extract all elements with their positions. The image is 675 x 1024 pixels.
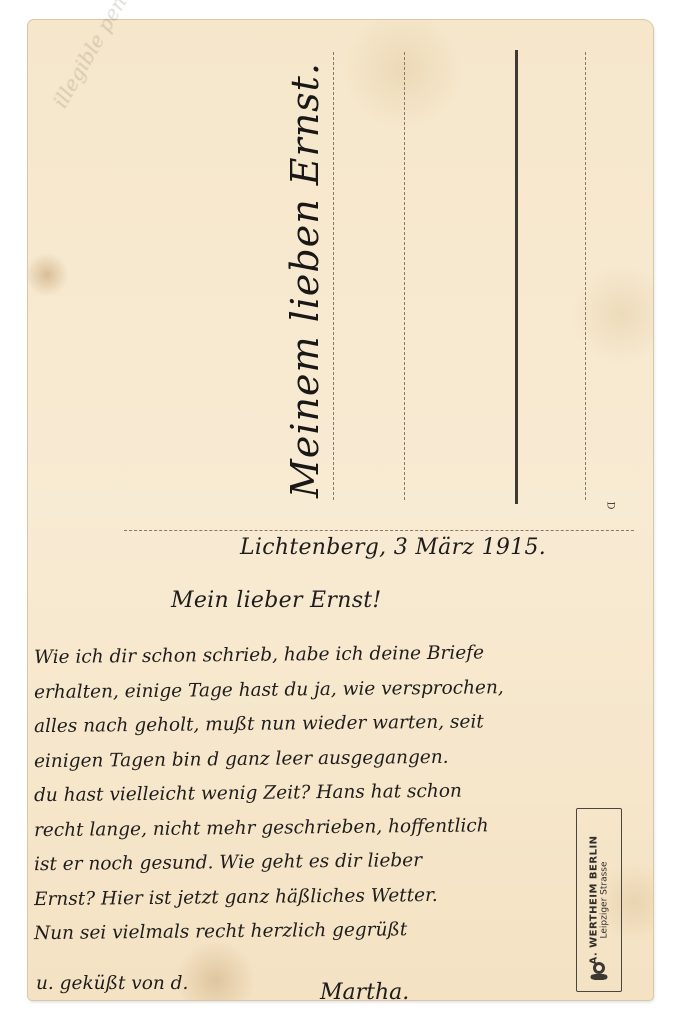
corner-marker: D bbox=[605, 501, 616, 509]
publisher-address: Leipziger Strasse bbox=[600, 835, 610, 964]
publisher-stamp-text: A. WERTHEIM BERLIN Leipziger Strasse bbox=[589, 835, 610, 964]
place-date-text: Lichtenberg, 3 März 1915. bbox=[240, 535, 546, 560]
closing-text: u. geküßt von d. bbox=[36, 973, 188, 994]
pencil-note: illegible pencil marks bbox=[48, 0, 178, 112]
address-line-2 bbox=[404, 52, 405, 500]
addressee-text: Meinem lieben Ernst. bbox=[283, 68, 327, 498]
wertheim-logo-icon bbox=[589, 959, 609, 983]
message-line: Wie ich dir schon schrieb, habe ich dein… bbox=[34, 635, 634, 676]
message-body: Wie ich dir schon schrieb, habe ich dein… bbox=[34, 638, 634, 949]
message-divider-line bbox=[124, 530, 634, 531]
message-line: alles nach geholt, mußt nun wieder warte… bbox=[34, 704, 634, 745]
address-line-3 bbox=[585, 52, 586, 500]
publisher-stamp: A. WERTHEIM BERLIN Leipziger Strasse bbox=[576, 808, 622, 992]
signature: Martha. bbox=[320, 980, 409, 1005]
salutation-text: Mein lieber Ernst! bbox=[171, 588, 382, 613]
message-line: ist er noch gesund. Wie geht es dir lieb… bbox=[34, 842, 634, 883]
message-line: Nun sei vielmals recht herzlich gegrüßt bbox=[34, 911, 634, 952]
message-line: du hast vielleicht wenig Zeit? Hans hat … bbox=[34, 773, 634, 814]
postcard: illegible pencil marks D Meinem lieben E… bbox=[28, 20, 653, 1000]
address-line-1 bbox=[333, 52, 334, 500]
center-divider-line bbox=[515, 50, 518, 504]
publisher-name: A. WERTHEIM BERLIN bbox=[589, 835, 600, 964]
